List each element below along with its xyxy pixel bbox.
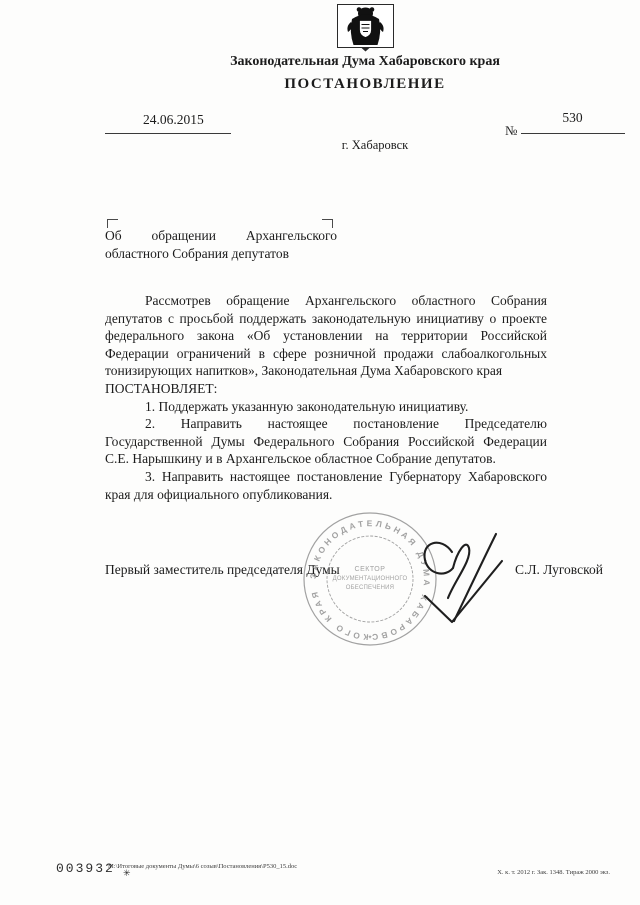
body-paragraph: Рассмотрев обращение Архангельского обла…	[105, 292, 547, 380]
resolution-item-1: 1. Поддержать указанную законодательную …	[105, 398, 547, 416]
number-label: №	[505, 123, 517, 139]
footer-print-info: Х. к. т. 2012 г. Зак. 1348. Тираж 2000 э…	[430, 869, 610, 876]
city-line: г. Хабаровск	[105, 138, 640, 153]
doc-number: 530	[520, 110, 625, 126]
coat-of-arms-icon	[337, 4, 394, 52]
signatory-name: С.Л. Луговской	[515, 562, 603, 578]
doc-type-title: ПОСТАНОВЛЕНИЕ	[105, 76, 625, 93]
doc-date: 24.06.2015	[143, 112, 204, 128]
snowflake-mark: ✳	[123, 868, 131, 879]
footer-doc-number: 003932	[56, 861, 115, 876]
footer-file-path: М:\Итоговые документы Думы\6 созыв\Поста…	[108, 863, 297, 870]
resolution-item-2: 2. Направить настоящее постановление Пре…	[105, 415, 547, 468]
subject-block: Об обращении Архангельского областного С…	[105, 227, 337, 263]
stamp-star-icon: ✦	[367, 634, 372, 641]
resolution-item-3: 3. Направить настоящее постановление Губ…	[105, 468, 547, 503]
document-page: Законодательная Дума Хабаровского края П…	[0, 0, 640, 905]
number-underline	[521, 133, 625, 134]
stamp-center-line-3: ОБЕСПЕЧЕНИЯ	[346, 585, 394, 591]
stamp-center-line-2: ДОКУМЕНТАЦИОННОГО	[333, 576, 408, 582]
org-name: Законодательная Дума Хабаровского края	[105, 54, 625, 70]
signature-scribble	[403, 528, 518, 633]
resolves-heading: ПОСТАНОВЛЯЕТ:	[105, 380, 547, 398]
body-text: Рассмотрев обращение Архангельского обла…	[105, 292, 547, 503]
stamp-center-line-1: СЕКТОР	[355, 566, 386, 573]
date-underline	[105, 133, 231, 134]
